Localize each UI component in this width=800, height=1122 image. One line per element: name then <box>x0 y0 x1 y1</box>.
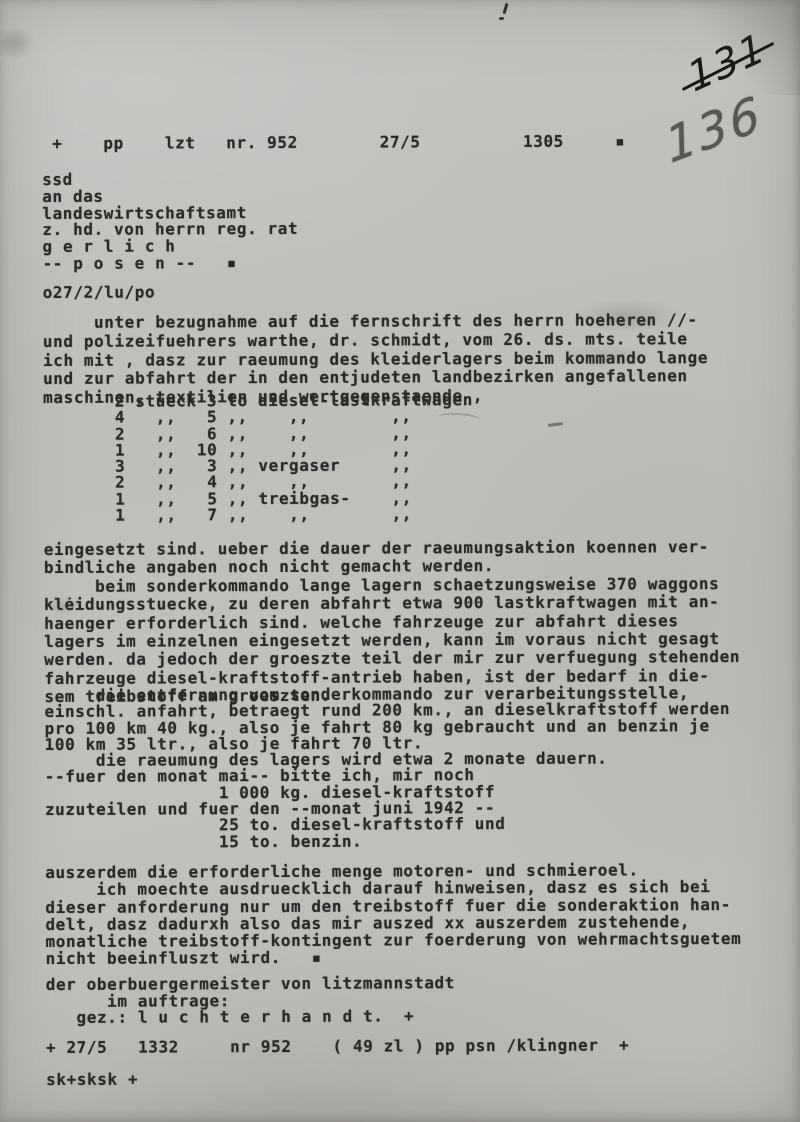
recipient-address-block: ssd an das landeswirtschaftsamt z. hd. v… <box>42 171 298 273</box>
signature-block: der oberbuergermeister von litzmannstadt… <box>46 975 456 1027</box>
typewritten-text-layer: + pp lzt nr. 952 27/5 1305 ▪ ssd an das … <box>0 0 800 1122</box>
file-reference: o27/2/lu/po <box>43 283 156 302</box>
vehicle-allocation-table: 2 stueck 3 to diesel-lastkraftwagen 4 ,,… <box>43 392 473 524</box>
fuel-requirements-paragraph: die entfernung vom sonderkommando zur ve… <box>44 685 730 851</box>
deployment-paragraph: eingesetzt sind. ueber die dauer der rae… <box>44 538 741 707</box>
telegram-routing-header: + pp lzt nr. 952 27/5 1305 ▪ <box>42 132 625 153</box>
scanned-telegram-page: + pp lzt nr. 952 27/5 1305 ▪ ssd an das … <box>0 0 800 1122</box>
operator-code: sk+sksk + <box>46 1071 138 1090</box>
transmission-footer: + 27/5 1332 nr 952 ( 49 zl ) pp psn /kli… <box>46 1036 629 1057</box>
closing-note-paragraph: auszerdem die erforderliche menge motore… <box>45 861 741 968</box>
